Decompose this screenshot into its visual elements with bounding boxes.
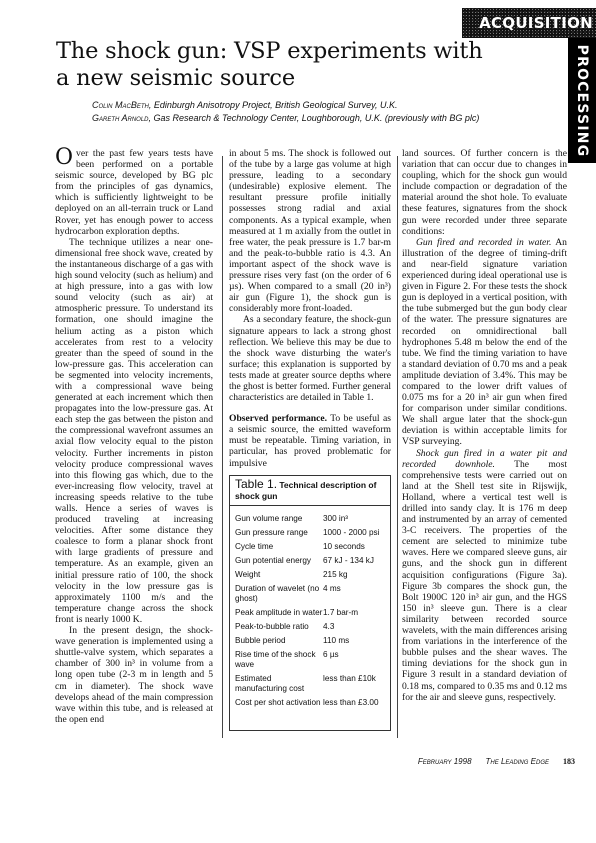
table-row: Cost per shot activationless than £3.00 xyxy=(230,696,390,710)
paragraph-text: The most comprehensive tests were carrie… xyxy=(402,459,567,703)
row-value: 67 kJ - 134 kJ xyxy=(323,556,385,566)
row-label: Peak amplitude in water xyxy=(235,608,323,618)
paragraph: Shock gun fired in a water pit and recor… xyxy=(402,448,567,703)
row-value: less than £10k xyxy=(323,674,385,694)
row-value: 4 ms xyxy=(323,584,385,604)
row-value: 1.7 bar-m xyxy=(323,608,385,618)
row-value: 300 in³ xyxy=(323,514,385,524)
paragraph: Gun fired and recorded in water. An illu… xyxy=(402,237,567,448)
table-row: Gun volume range300 in³ xyxy=(230,512,390,526)
row-value: 4.3 xyxy=(323,622,385,632)
author-line: Colin MacBeth, Edinburgh Anisotropy Proj… xyxy=(92,99,562,112)
row-value: 110 ms xyxy=(323,636,385,646)
row-value: 1000 - 2000 psi xyxy=(323,528,385,538)
column-divider xyxy=(222,156,223,738)
row-label: Gun potential energy xyxy=(235,556,323,566)
row-label: Gun volume range xyxy=(235,514,323,524)
table-1: Table 1. Technical description of shock … xyxy=(229,475,391,731)
table-number: Table 1. xyxy=(235,477,277,491)
table-row: Peak-to-bubble ratio4.3 xyxy=(230,620,390,634)
row-value: 6 µs xyxy=(323,650,385,670)
table-row: Weight215 kg xyxy=(230,568,390,582)
paragraph-text: An illustration of the degree of timing-… xyxy=(402,237,567,448)
table-body: Gun volume range300 in³ Gun pressure ran… xyxy=(230,506,390,730)
page-footer: February 1998 The Leading Edge 183 xyxy=(400,757,575,766)
author-name: Colin MacBeth xyxy=(92,100,149,110)
drop-cap: O xyxy=(55,149,73,167)
row-value: 215 kg xyxy=(323,570,385,580)
body-column-1: Over the past few years tests have been … xyxy=(55,148,213,725)
row-label: Rise time of the shock wave xyxy=(235,650,323,670)
table-row: Rise time of the shock wave6 µs xyxy=(230,648,390,672)
section-banner-processing-label: PROCESSING xyxy=(574,44,590,157)
page-number: 183 xyxy=(563,757,575,766)
table-row: Estimated manufacturing costless than £1… xyxy=(230,672,390,696)
row-label: Cost per shot activation xyxy=(235,698,323,708)
table-row: Duration of wavelet (no ghost)4 ms xyxy=(230,582,390,606)
footer-journal: The Leading Edge xyxy=(486,757,549,766)
article-title: The shock gun: VSP experiments with a ne… xyxy=(56,38,496,92)
table-row: Peak amplitude in water1.7 bar-m xyxy=(230,606,390,620)
body-column-3: land sources. Of further concern is the … xyxy=(402,148,567,703)
body-column-2: in about 5 ms. The shock is followed out… xyxy=(229,148,391,731)
author-affiliation: , Edinburgh Anisotropy Project, British … xyxy=(149,100,398,110)
row-label: Duration of wavelet (no ghost) xyxy=(235,584,323,604)
table-row: Cycle time10 seconds xyxy=(230,540,390,554)
paragraph: in about 5 ms. The shock is followed out… xyxy=(229,148,391,314)
row-label: Estimated manufacturing cost xyxy=(235,674,323,694)
section-heading: Observed performance. xyxy=(229,413,327,424)
section-banner-acquisition: ACQUISITION xyxy=(462,8,596,38)
row-value: less than £3.00 xyxy=(323,698,385,708)
table-row: Bubble period110 ms xyxy=(230,634,390,648)
author-name: Gareth Arnold xyxy=(92,113,149,123)
row-label: Peak-to-bubble ratio xyxy=(235,622,323,632)
author-line: Gareth Arnold, Gas Research & Technology… xyxy=(92,112,562,125)
footer-date: February 1998 xyxy=(418,757,472,766)
row-label: Weight xyxy=(235,570,323,580)
row-value: 10 seconds xyxy=(323,542,385,552)
table-row: Gun potential energy67 kJ - 134 kJ xyxy=(230,554,390,568)
table-caption: Table 1. Technical description of shock … xyxy=(230,476,390,506)
row-label: Bubble period xyxy=(235,636,323,646)
author-list: Colin MacBeth, Edinburgh Anisotropy Proj… xyxy=(92,99,562,125)
paragraph: As a secondary feature, the shock-gun si… xyxy=(229,314,391,403)
paragraph: The technique utilizes a near one-dimens… xyxy=(55,237,213,625)
table-row: Gun pressure range1000 - 2000 psi xyxy=(230,526,390,540)
paragraph: land sources. Of further concern is the … xyxy=(402,148,567,237)
subsection-heading: Gun fired and recorded in water. xyxy=(416,237,551,248)
author-affiliation: , Gas Research & Technology Center, Loug… xyxy=(149,113,480,123)
column-divider xyxy=(397,156,398,738)
section-banner-processing: PROCESSING xyxy=(568,38,596,163)
paragraph: Over the past few years tests have been … xyxy=(55,148,213,237)
journal-page: ACQUISITION PROCESSING The shock gun: VS… xyxy=(0,0,596,843)
paragraph-text: ver the past few years tests have been p… xyxy=(55,148,213,237)
row-label: Gun pressure range xyxy=(235,528,323,538)
row-label: Cycle time xyxy=(235,542,323,552)
paragraph: Observed performance. To be useful as a … xyxy=(229,413,391,468)
paragraph: In the present design, the shock-wave ge… xyxy=(55,625,213,725)
